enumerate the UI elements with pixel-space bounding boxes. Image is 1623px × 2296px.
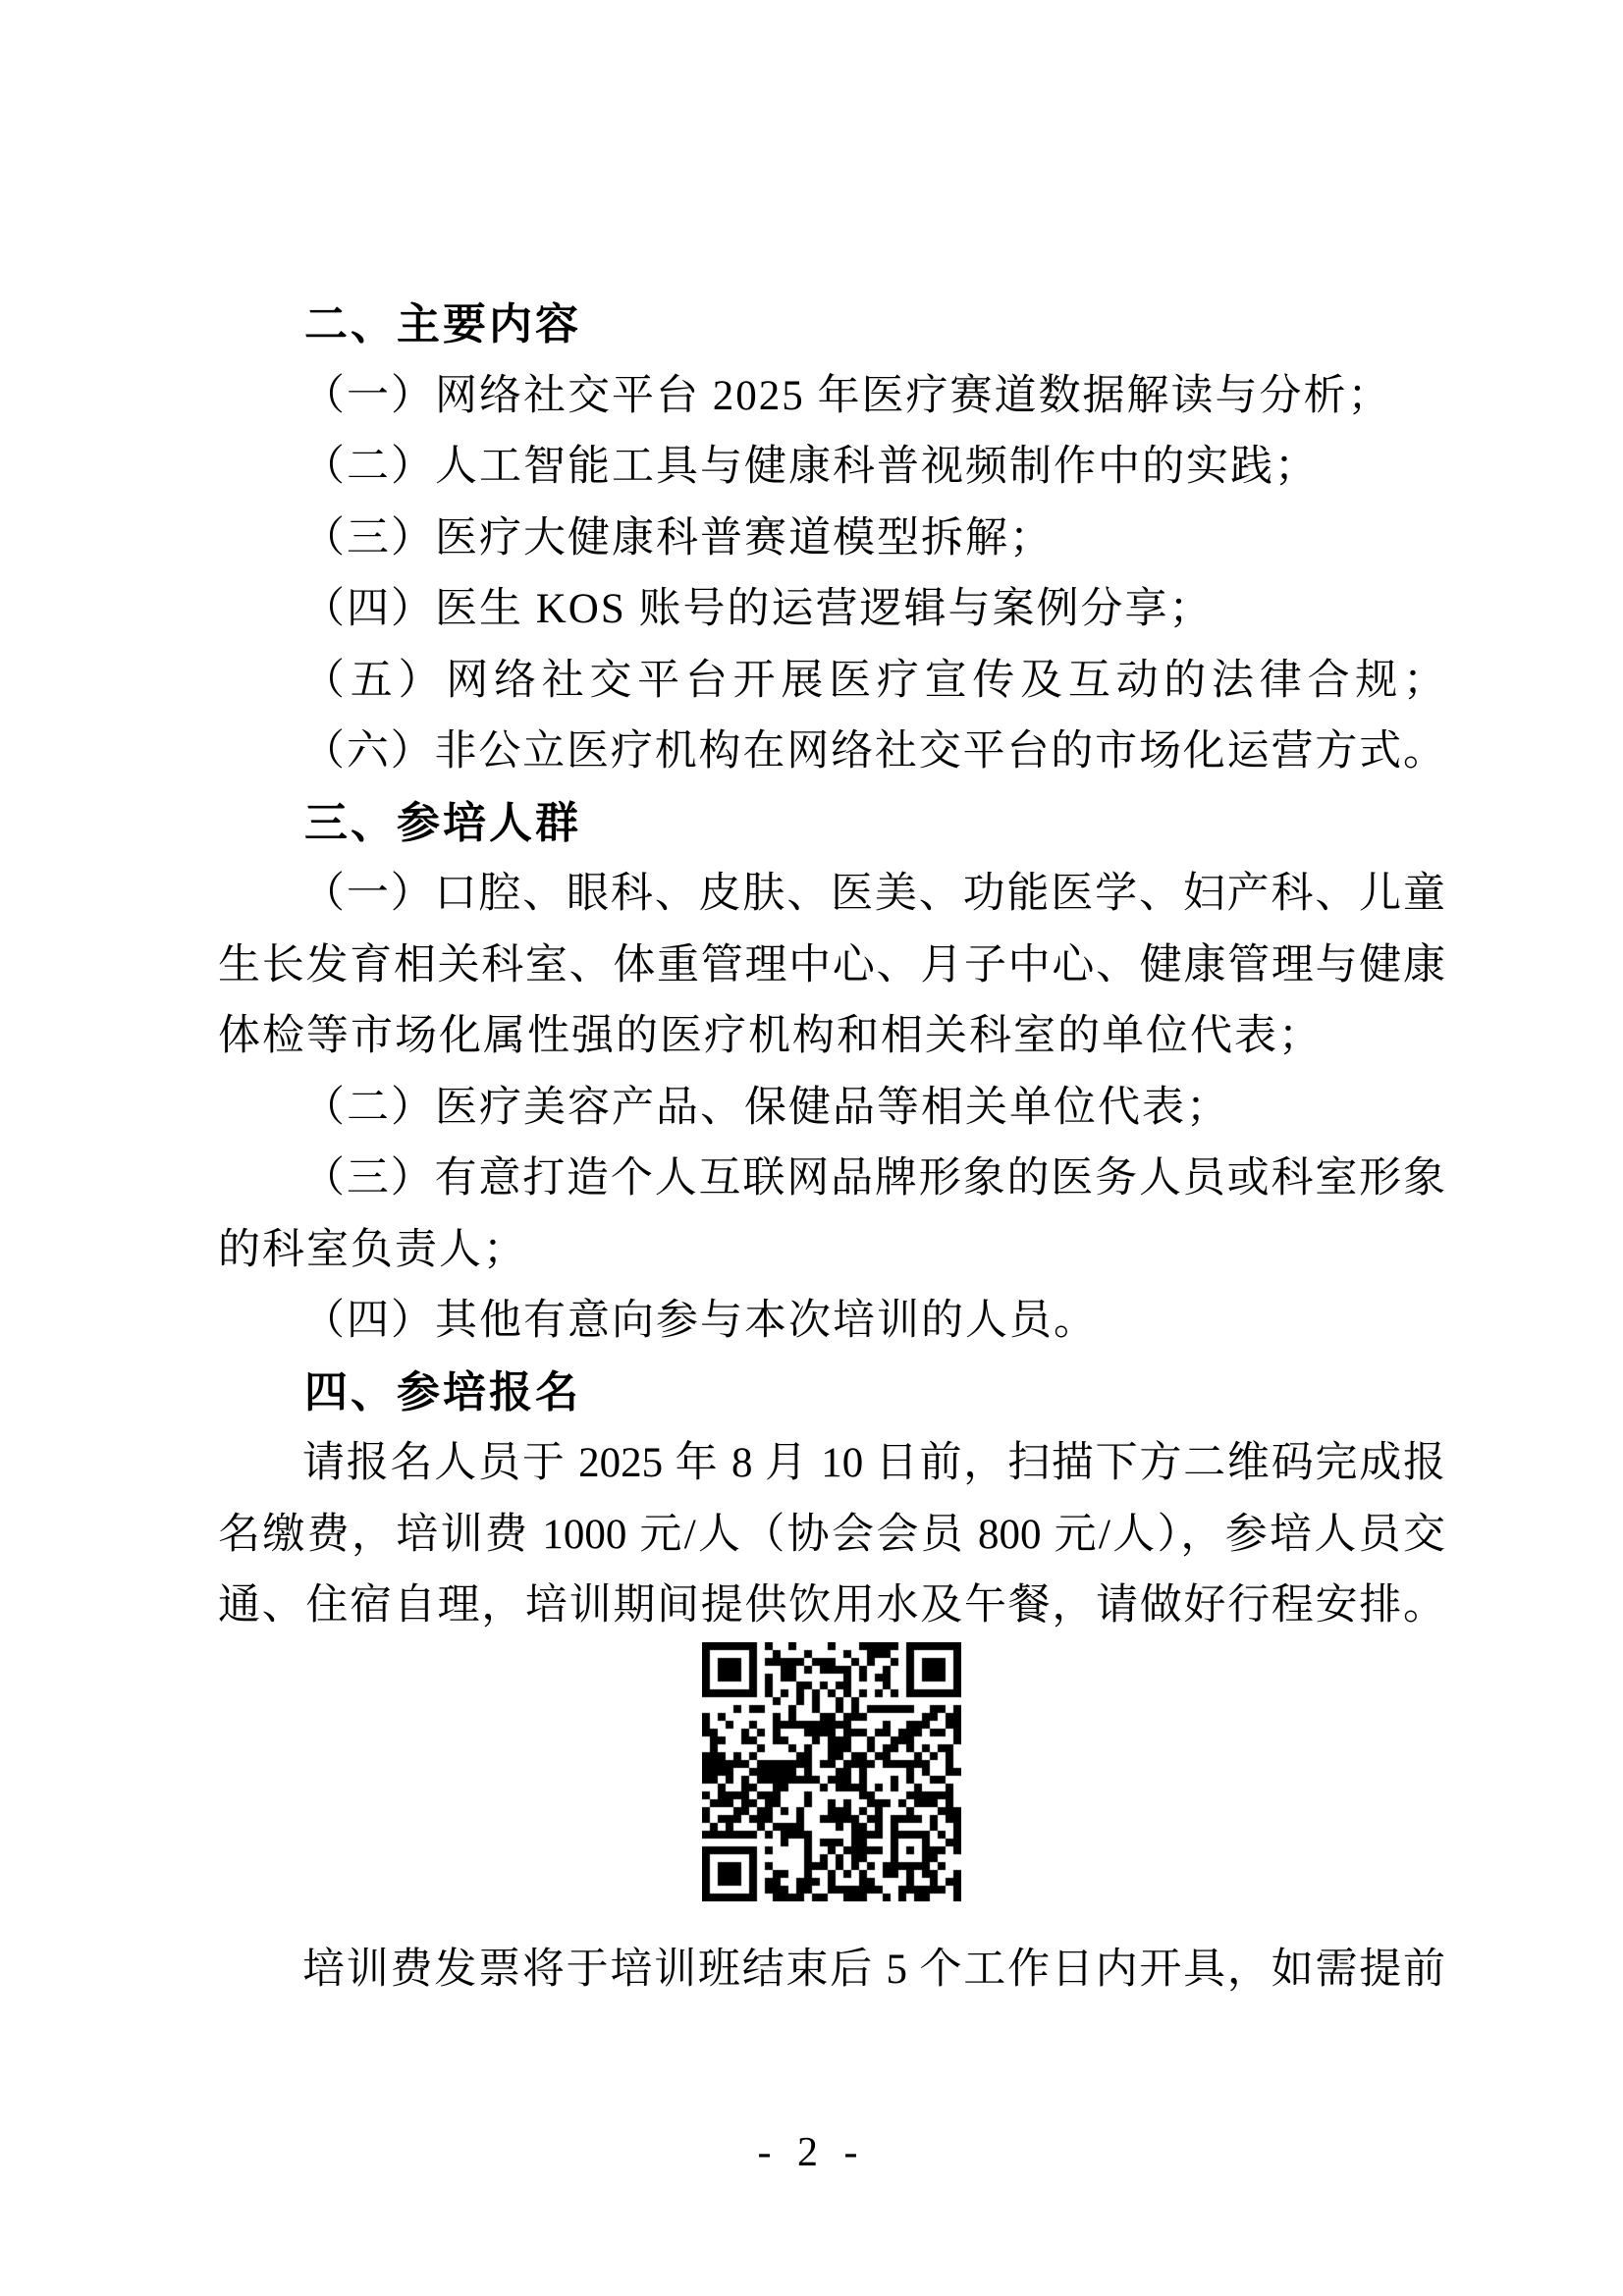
document-line: 生长发育相关科室、体重管理中心、月子中心、健康管理与健康	[218, 931, 1445, 1002]
document-line: 体检等市场化属性强的医疗机构和相关科室的单位代表；	[218, 1001, 1445, 1073]
document-body: 二、主要内容（一）网络社交平台 2025 年医疗赛道数据解读与分析；（二）人工智…	[218, 290, 1445, 2005]
document-line: （三）医疗大健康科普赛道模型拆解；	[218, 504, 1445, 575]
section-heading-registration: 四、参培报名	[218, 1358, 1445, 1429]
document-line: 请报名人员于 2025 年 8 月 10 日前，扫描下方二维码完成报	[218, 1428, 1445, 1500]
section-heading-participants: 三、参培人群	[218, 788, 1445, 860]
registration-payment-qr-code	[702, 1642, 961, 1901]
document-line: 名缴费，培训费 1000 元/人（协会会员 800 元/人），参培人员交	[218, 1500, 1445, 1572]
document-line: （四）医生 KOS 账号的运营逻辑与案例分享；	[218, 574, 1445, 646]
document-line: （一）网络社交平台 2025 年医疗赛道数据解读与分析；	[218, 361, 1445, 433]
document-line: （六）非公立医疗机构在网络社交平台的市场化运营方式。	[218, 717, 1445, 788]
document-line: 的科室负责人；	[218, 1215, 1445, 1287]
document-line: （二）医疗美容产品、保健品等相关单位代表；	[218, 1073, 1445, 1145]
section-heading-main-content: 二、主要内容	[218, 290, 1445, 361]
document-line: （四）其他有意向参与本次培训的人员。	[218, 1286, 1445, 1358]
document-line: （一）口腔、眼科、皮肤、医美、功能医学、妇产科、儿童	[218, 859, 1445, 931]
document-line: （二）人工智能工具与健康科普视频制作中的实践；	[218, 432, 1445, 504]
document-line: 通、住宿自理，培训期间提供饮用水及午餐，请做好行程安排。	[218, 1571, 1445, 1642]
qr-code-block	[218, 1642, 1445, 1901]
document-line: （三）有意打造个人互联网品牌形象的医务人员或科室形象	[218, 1144, 1445, 1215]
document-line: 培训费发票将于培训班结束后 5 个工作日内开具，如需提前	[218, 1935, 1445, 2006]
page-number: - 2 -	[0, 2128, 1623, 2177]
document-line: （五）网络社交平台开展医疗宣传及互动的法律合规；	[218, 646, 1445, 718]
